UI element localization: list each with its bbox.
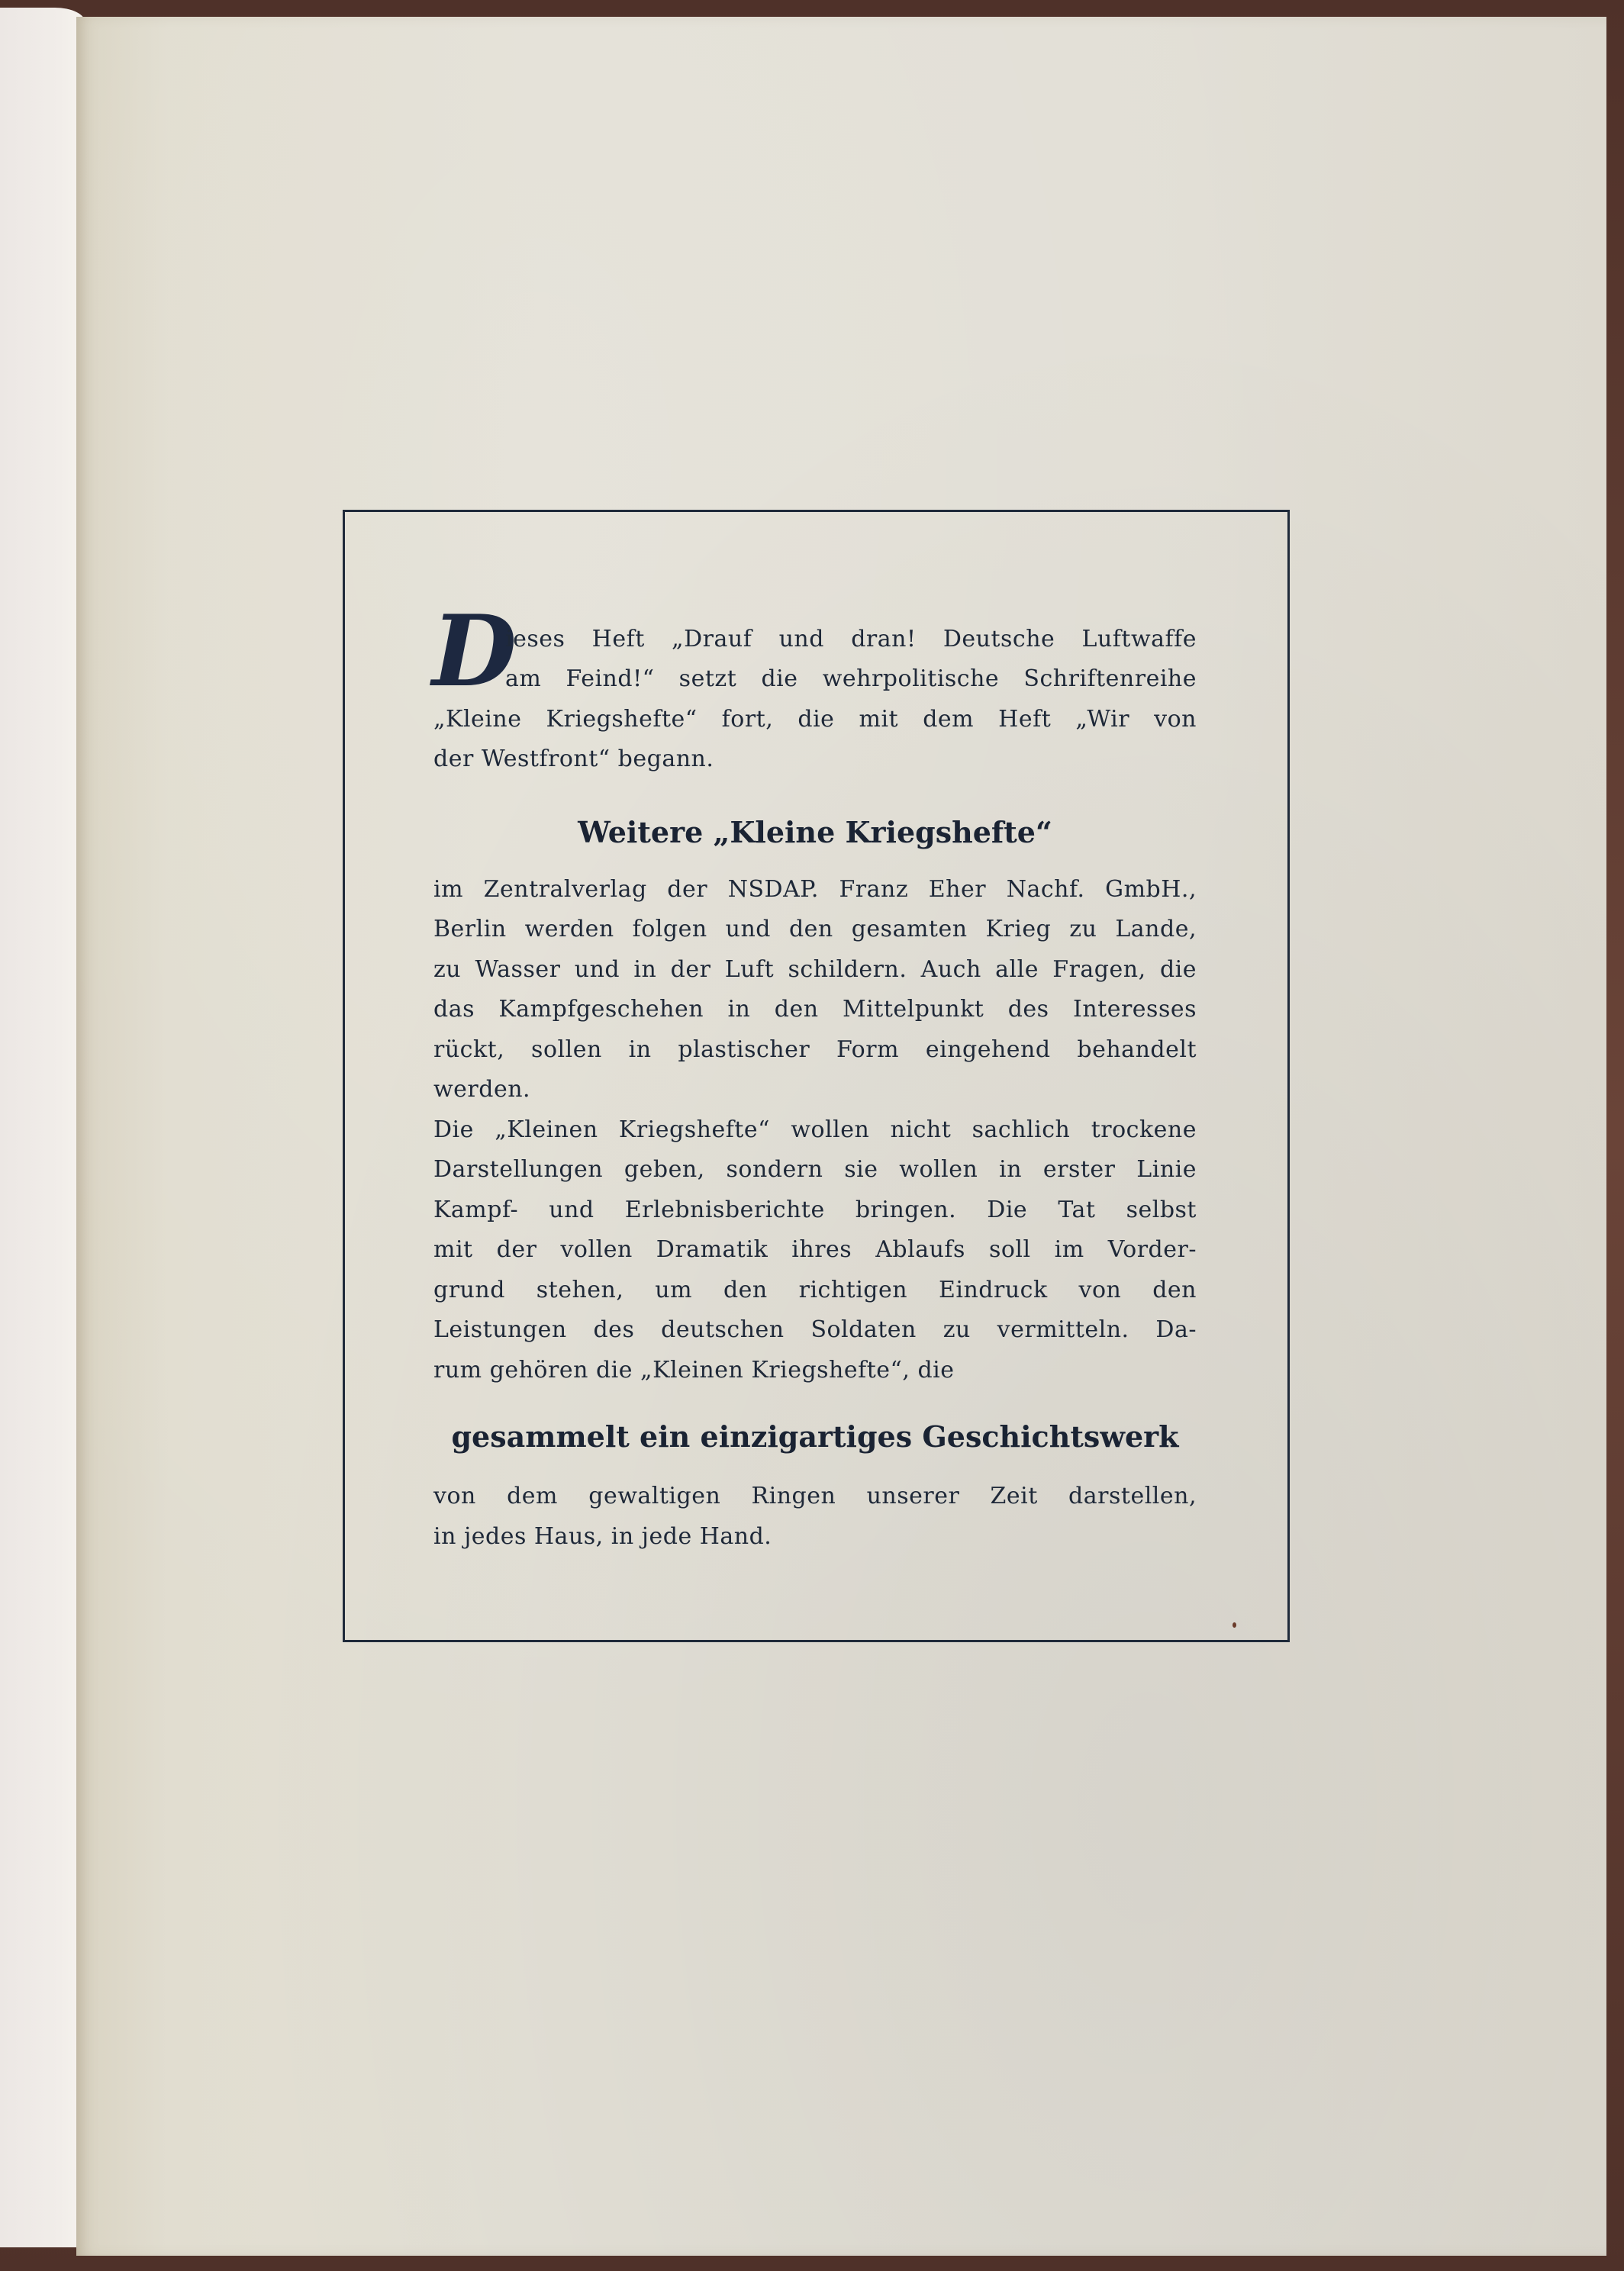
intro-line-1: ieses Heft „Drauf und dran! Deutsche Luf…: [505, 620, 1197, 660]
body-line: Leistungen des deutschen Soldaten zu ver…: [433, 1310, 1197, 1351]
section-heading: Weitere „Kleine Kriegshefte“: [433, 815, 1197, 849]
emphasis-heading: gesammelt ein einzigartiges Geschichtswe…: [433, 1419, 1197, 1454]
closing-line: in jedes Haus, in jede Hand.: [433, 1517, 772, 1557]
body-line: mit der vollen Dramatik ihres Ablaufs so…: [433, 1230, 1197, 1271]
intro-line-2: am Feind!“ setzt die wehrpolitische Schr…: [505, 659, 1197, 700]
body-line: Kampf- und Erlebnisberichte bringen. Die…: [433, 1190, 1197, 1231]
body-line: Darstellungen geben, sondern sie wollen …: [433, 1150, 1197, 1190]
body-line: rum gehören die „Kleinen Kriegshefte“, d…: [433, 1351, 955, 1391]
closing-line: von dem gewaltigen Ringen unserer Zeit d…: [433, 1477, 1197, 1517]
body-line: Berlin werden folgen und den gesamten Kr…: [433, 910, 1197, 950]
body-line: werden.: [433, 1070, 530, 1110]
drop-cap: D: [432, 603, 517, 701]
body-line: im Zentralverlag der NSDAP. Franz Eher N…: [433, 870, 1197, 910]
body-line: zu Wasser und in der Luft schildern. Auc…: [433, 950, 1197, 991]
left-page-edge: [0, 8, 85, 2247]
body-line: rückt, sollen in plastischer Form eingeh…: [433, 1030, 1197, 1071]
body-line: Die „Kleinen Kriegshefte“ wollen nicht s…: [433, 1110, 1197, 1151]
paper-speck: [1232, 1622, 1236, 1628]
body-line: grund stehen, um den richtigen Eindruck …: [433, 1271, 1197, 1311]
intro-line-3: „Kleine Kriegshefte“ fort, die mit dem H…: [433, 700, 1197, 740]
body-line: das Kampfgeschehen in den Mittelpunkt de…: [433, 990, 1197, 1030]
intro-line-4: der Westfront“ begann.: [433, 739, 714, 780]
